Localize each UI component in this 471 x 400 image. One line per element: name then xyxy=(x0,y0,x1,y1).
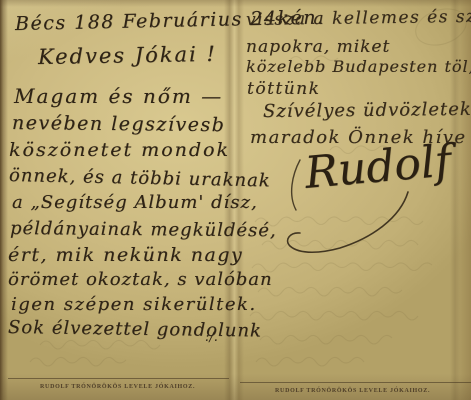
handwritten-line: Sok élvezettel gondolunk xyxy=(8,317,262,342)
continuation-mark: :/. xyxy=(205,330,218,345)
handwritten-line: Szívélyes üdvözletekkel xyxy=(263,98,471,122)
handwritten-line: vissza a kellemes és szép xyxy=(246,6,471,30)
handwritten-line: példányainak megküldésé, xyxy=(10,218,277,241)
handwritten-line: ért, mik nekünk nagy xyxy=(8,244,243,266)
handwritten-line: örömet okoztak, s valóban xyxy=(8,269,273,290)
caption-right: RUDOLF TRÓNÖRÖKÖS LEVELE JÓKAIHOZ. xyxy=(275,388,430,394)
caption-rule-right xyxy=(240,382,471,383)
handwritten-line: Magam és nőm — xyxy=(14,84,223,108)
salutation-line: Kedves Jókai ! xyxy=(38,42,217,69)
handwritten-line: közelebb Budapesten töl, xyxy=(246,57,471,76)
handwritten-line: igen szépen sikerültek. xyxy=(11,294,257,315)
handwritten-line: köszönetet mondok xyxy=(9,139,230,161)
handwritten-line: a „Segítség Album' dísz, xyxy=(12,192,258,213)
caption-rule-left xyxy=(8,378,229,379)
caption-left: RUDOLF TRÓNÖRÖKÖS LEVELE JÓKAIHOZ. xyxy=(40,384,195,390)
letter-scan: Bécs 188 Februárius 24kén. Kedves Jókai … xyxy=(0,0,471,400)
handwritten-line: nevében legszívesb xyxy=(12,112,226,136)
handwritten-line: töttünk xyxy=(247,79,320,99)
top-edge-shadow xyxy=(0,0,471,7)
handwritten-line: napokra, miket xyxy=(246,37,390,57)
left-edge-shadow xyxy=(0,0,8,400)
handwritten-line: önnek, és a többi uraknak xyxy=(9,165,271,191)
